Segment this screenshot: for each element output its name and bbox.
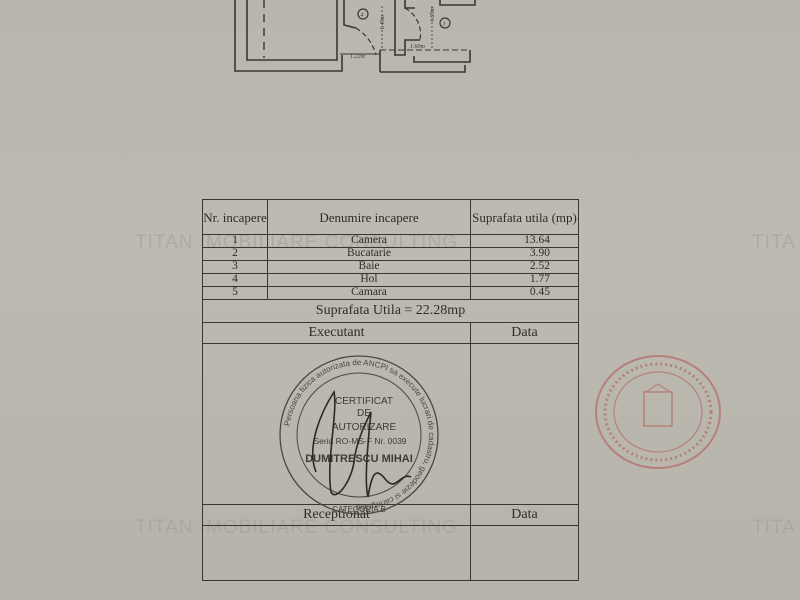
- dimension-2: 1.45m: [379, 15, 386, 31]
- row-nr: 5: [203, 287, 268, 300]
- header-name: Denumire incapere: [268, 200, 471, 235]
- dimension-1: 1.22m: [350, 54, 366, 60]
- row-name: Camera: [268, 235, 471, 248]
- stamp-line-1: CERTIFICAT: [335, 396, 393, 407]
- row-area: 3.90: [471, 248, 579, 261]
- row-area: 2.52: [471, 261, 579, 274]
- table-row: 2 Bucatarie 3.90: [203, 248, 579, 261]
- row-nr: 3: [203, 261, 268, 274]
- total-area: Suprafata Utila = 22.28mp: [203, 300, 579, 323]
- row-name: Hol: [268, 274, 471, 287]
- table-header-row: Nr. incapere Denumire incapere Suprafata…: [203, 200, 579, 235]
- executant-label: Executant: [203, 323, 471, 344]
- certification-stamp: Persoana fizica autorizata de ANCPI sa e…: [276, 352, 442, 518]
- executant-date-cell: [471, 344, 579, 505]
- data-label-2: Data: [471, 505, 579, 526]
- table-row: 3 Baie 2.52: [203, 261, 579, 274]
- receptionat-date-cell: [471, 526, 579, 581]
- svg-text:Persoana fizica autorizata de: Persoana fizica autorizata de ANCPI sa e…: [283, 358, 436, 512]
- total-row: Suprafata Utila = 22.28mp: [203, 300, 579, 323]
- room-label-4: 4: [361, 12, 364, 19]
- municipal-stamp: [594, 352, 722, 472]
- floor-plan-drawing: 4 3 1.22m 1.45m 1.60m 1.65m: [0, 0, 800, 80]
- watermark-text-partial: TITA: [752, 517, 796, 539]
- dimension-3: 1.60m: [410, 44, 426, 50]
- row-name: Bucatarie: [268, 248, 471, 261]
- stamp-name: DUMITRESCU MIHAI: [305, 453, 413, 465]
- row-name: Baie: [268, 261, 471, 274]
- row-nr: 2: [203, 248, 268, 261]
- row-area: 0.45: [471, 287, 579, 300]
- executant-header-row: Executant Data: [203, 323, 579, 344]
- watermark-text-partial: TITA: [752, 232, 796, 254]
- header-area: Suprafata utila (mp): [471, 200, 579, 235]
- table-row: 5 Camara 0.45: [203, 287, 579, 300]
- row-area: 1.77: [471, 274, 579, 287]
- stamp-ring-text: Persoana fizica autorizata de ANCPI sa e…: [283, 358, 436, 512]
- receptionat-signature-row: [203, 526, 579, 581]
- row-area: 13.64: [471, 235, 579, 248]
- table-row: 4 Hol 1.77: [203, 274, 579, 287]
- receptionat-signature-cell: [203, 526, 471, 581]
- row-nr: 4: [203, 274, 268, 287]
- dimension-4: 1.65m: [430, 7, 436, 23]
- header-nr: Nr. incapere: [203, 200, 268, 235]
- row-nr: 1: [203, 235, 268, 248]
- table-row: 1 Camera 13.64: [203, 235, 579, 248]
- stamp-category: CATEGORIA B: [332, 505, 386, 514]
- data-label: Data: [471, 323, 579, 344]
- room-label-3: 3: [442, 22, 446, 28]
- row-name: Camara: [268, 287, 471, 300]
